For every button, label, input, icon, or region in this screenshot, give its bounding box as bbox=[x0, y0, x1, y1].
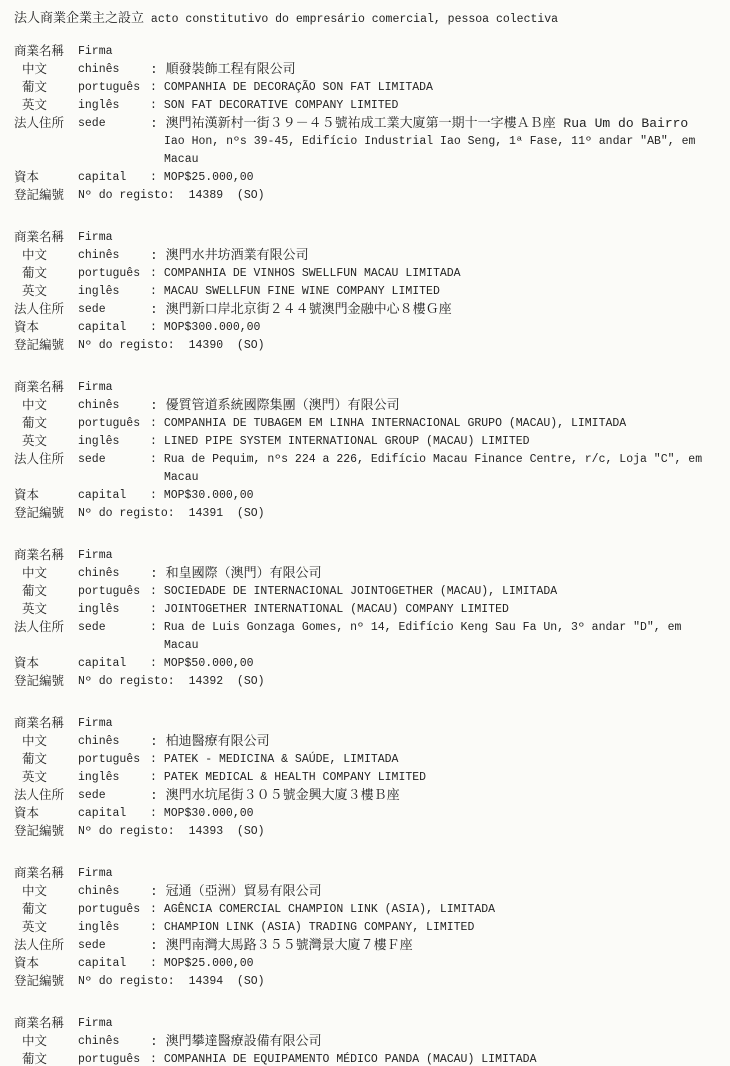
firma-header-row: 商業名稱 Firma bbox=[14, 1015, 728, 1033]
portuguese-label-zh: 葡文 bbox=[14, 79, 78, 97]
sede-address-value: Rua de Luis Gonzaga Gomes, nº 14, Edifíc… bbox=[150, 619, 728, 655]
sede-row: 法人住所 sede Rua de Pequim, nºs 224 a 226, … bbox=[14, 451, 728, 487]
registo-label-zh: 登記編號 bbox=[14, 337, 78, 355]
english-name-row: 英文 inglês CHAMPION LINK (ASIA) TRADING C… bbox=[14, 919, 728, 937]
firma-header-row: 商業名稱 Firma bbox=[14, 379, 728, 397]
chinese-label-pt: chinês bbox=[78, 565, 150, 583]
chinese-name-value: 優質管道系統國際集團（澳門）有限公司 bbox=[150, 397, 728, 415]
chinese-name-value: 冠通（亞洲）貿易有限公司 bbox=[150, 883, 728, 901]
firma-header-row: 商業名稱 Firma bbox=[14, 547, 728, 565]
portuguese-label-zh: 葡文 bbox=[14, 265, 78, 283]
portuguese-name-row: 葡文 português COMPANHIA DE TUBAGEM EM LIN… bbox=[14, 415, 728, 433]
capital-value: MOP$25.000,00 bbox=[150, 955, 728, 973]
sede-label-pt: sede bbox=[78, 301, 150, 319]
firma-label-zh: 商業名稱 bbox=[14, 1015, 78, 1033]
sede-address-value: 澳門祐漢新村一街３９－４５號祐成工業大廈第一期十一字樓ＡＢ座 Rua Um do… bbox=[150, 115, 728, 169]
capital-row: 資本 capital MOP$50.000,00 bbox=[14, 655, 728, 673]
registo-row: 登記編號 Nº do registo:14391 (SO) bbox=[14, 505, 728, 523]
company-entry-5: 商業名稱 Firma 中文 chinês 柏迪醫療有限公司 葡文 portugu… bbox=[14, 715, 728, 841]
capital-row: 資本 capital MOP$25.000,00 bbox=[14, 169, 728, 187]
chinese-name-row: 中文 chinês 柏迪醫療有限公司 bbox=[14, 733, 728, 751]
capital-value: MOP$300.000,00 bbox=[150, 319, 728, 337]
portuguese-name-row: 葡文 português SOCIEDADE DE INTERNACIONAL … bbox=[14, 583, 728, 601]
capital-row: 資本 capital MOP$30.000,00 bbox=[14, 805, 728, 823]
registo-label-pt: Nº do registo: bbox=[78, 825, 175, 838]
chinese-name-row: 中文 chinês 澳門水井坊酒業有限公司 bbox=[14, 247, 728, 265]
chinese-label-zh: 中文 bbox=[14, 565, 78, 583]
capital-label-pt: capital bbox=[78, 955, 150, 973]
sede-label-pt: sede bbox=[78, 619, 150, 637]
chinese-label-pt: chinês bbox=[78, 61, 150, 79]
registo-label-zh: 登記編號 bbox=[14, 973, 78, 991]
firma-label-pt: Firma bbox=[78, 865, 150, 883]
portuguese-name-row: 葡文 português COMPANHIA DE VINHOS SWELLFU… bbox=[14, 265, 728, 283]
firma-label-zh: 商業名稱 bbox=[14, 229, 78, 247]
portuguese-label-pt: português bbox=[78, 751, 150, 769]
portuguese-label-pt: português bbox=[78, 79, 150, 97]
chinese-label-pt: chinês bbox=[78, 883, 150, 901]
capital-row: 資本 capital MOP$30.000,00 bbox=[14, 487, 728, 505]
registo-number: 14393 (SO) bbox=[189, 825, 265, 838]
capital-label-zh: 資本 bbox=[14, 319, 78, 337]
firma-label-pt: Firma bbox=[78, 379, 150, 397]
sede-label-pt: sede bbox=[78, 451, 150, 469]
english-label-zh: 英文 bbox=[14, 769, 78, 787]
sede-row: 法人住所 sede 澳門祐漢新村一街３９－４５號祐成工業大廈第一期十一字樓ＡＢ座… bbox=[14, 115, 728, 169]
capital-value: MOP$30.000,00 bbox=[150, 487, 728, 505]
firma-label-zh: 商業名稱 bbox=[14, 715, 78, 733]
capital-label-pt: capital bbox=[78, 319, 150, 337]
firma-label-pt: Firma bbox=[78, 715, 150, 733]
portuguese-label-zh: 葡文 bbox=[14, 751, 78, 769]
registo-row: 登記編號 Nº do registo:14393 (SO) bbox=[14, 823, 728, 841]
portuguese-name-row: 葡文 português COMPANHIA DE DECORAÇÃO SON … bbox=[14, 79, 728, 97]
company-entry-2: 商業名稱 Firma 中文 chinês 澳門水井坊酒業有限公司 葡文 port… bbox=[14, 229, 728, 355]
chinese-name-value: 和皇國際（澳門）有限公司 bbox=[150, 565, 728, 583]
english-name-value: SON FAT DECORATIVE COMPANY LIMITED bbox=[150, 97, 728, 115]
portuguese-name-value: COMPANHIA DE VINHOS SWELLFUN MACAU LIMIT… bbox=[150, 265, 728, 283]
chinese-name-value: 柏迪醫療有限公司 bbox=[150, 733, 728, 751]
registo-number: 14394 (SO) bbox=[189, 975, 265, 988]
registo-rest: Nº do registo:14391 (SO) bbox=[78, 505, 728, 523]
registo-row: 登記編號 Nº do registo:14392 (SO) bbox=[14, 673, 728, 691]
registo-rest: Nº do registo:14389 (SO) bbox=[78, 187, 728, 205]
english-name-row: 英文 inglês MACAU SWELLFUN FINE WINE COMPA… bbox=[14, 283, 728, 301]
chinese-label-pt: chinês bbox=[78, 397, 150, 415]
chinese-label-pt: chinês bbox=[78, 733, 150, 751]
chinese-name-row: 中文 chinês 澳門攀達醫療設備有限公司 bbox=[14, 1033, 728, 1051]
chinese-label-zh: 中文 bbox=[14, 883, 78, 901]
portuguese-name-value: COMPANHIA DE DECORAÇÃO SON FAT LIMITADA bbox=[150, 79, 728, 97]
sede-label-pt: sede bbox=[78, 115, 150, 133]
chinese-label-pt: chinês bbox=[78, 247, 150, 265]
capital-label-pt: capital bbox=[78, 487, 150, 505]
portuguese-label-zh: 葡文 bbox=[14, 583, 78, 601]
chinese-label-zh: 中文 bbox=[14, 247, 78, 265]
sede-address-value: 澳門新口岸北京街２４４號澳門金融中心８樓Ｇ座 bbox=[150, 301, 728, 319]
registo-label-zh: 登記編號 bbox=[14, 823, 78, 841]
registo-row: 登記編號 Nº do registo:14390 (SO) bbox=[14, 337, 728, 355]
registo-label-pt: Nº do registo: bbox=[78, 675, 175, 688]
firma-header-row: 商業名稱 Firma bbox=[14, 715, 728, 733]
portuguese-label-pt: português bbox=[78, 1051, 150, 1066]
firma-label-pt: Firma bbox=[78, 1015, 150, 1033]
english-name-value: JOINTOGETHER INTERNATIONAL (MACAU) COMPA… bbox=[150, 601, 728, 619]
sede-row: 法人住所 sede 澳門水坑尾街３０５號金興大廈３樓Ｂ座 bbox=[14, 787, 728, 805]
english-label-zh: 英文 bbox=[14, 433, 78, 451]
english-label-pt: inglês bbox=[78, 919, 150, 937]
registo-label-pt: Nº do registo: bbox=[78, 507, 175, 520]
sede-row: 法人住所 sede 澳門南灣大馬路３５５號灣景大廈７樓Ｆ座 bbox=[14, 937, 728, 955]
firma-label-pt: Firma bbox=[78, 43, 150, 61]
portuguese-name-value: AGÊNCIA COMERCIAL CHAMPION LINK (ASIA), … bbox=[150, 901, 728, 919]
portuguese-label-zh: 葡文 bbox=[14, 1051, 78, 1066]
portuguese-label-zh: 葡文 bbox=[14, 901, 78, 919]
sede-address-value: Rua de Pequim, nºs 224 a 226, Edifício M… bbox=[150, 451, 728, 487]
capital-label-pt: capital bbox=[78, 805, 150, 823]
registo-label-pt: Nº do registo: bbox=[78, 189, 175, 202]
english-label-zh: 英文 bbox=[14, 601, 78, 619]
registo-row: 登記編號 Nº do registo:14389 (SO) bbox=[14, 187, 728, 205]
portuguese-name-row: 葡文 português AGÊNCIA COMERCIAL CHAMPION … bbox=[14, 901, 728, 919]
chinese-label-zh: 中文 bbox=[14, 1033, 78, 1051]
portuguese-label-zh: 葡文 bbox=[14, 415, 78, 433]
firma-header-row: 商業名稱 Firma bbox=[14, 43, 728, 61]
page-title-zh: 法人商業企業主之設立 bbox=[14, 11, 144, 26]
portuguese-label-pt: português bbox=[78, 901, 150, 919]
gazette-page: 法人商業企業主之設立 acto constitutivo do empresár… bbox=[0, 0, 730, 1066]
capital-label-zh: 資本 bbox=[14, 655, 78, 673]
company-entry-1: 商業名稱 Firma 中文 chinês 順發裝飾工程有限公司 葡文 portu… bbox=[14, 43, 728, 205]
portuguese-name-value: COMPANHIA DE TUBAGEM EM LINHA INTERNACIO… bbox=[150, 415, 728, 433]
english-name-value: LINED PIPE SYSTEM INTERNATIONAL GROUP (M… bbox=[150, 433, 728, 451]
page-title-pt: acto constitutivo do empresário comercia… bbox=[151, 13, 558, 26]
portuguese-label-pt: português bbox=[78, 415, 150, 433]
capital-row: 資本 capital MOP$25.000,00 bbox=[14, 955, 728, 973]
english-label-pt: inglês bbox=[78, 601, 150, 619]
portuguese-label-pt: português bbox=[78, 583, 150, 601]
capital-value: MOP$30.000,00 bbox=[150, 805, 728, 823]
english-label-zh: 英文 bbox=[14, 919, 78, 937]
portuguese-name-value: COMPANHIA DE EQUIPAMENTO MÉDICO PANDA (M… bbox=[150, 1051, 728, 1066]
title-separator bbox=[144, 13, 151, 26]
english-label-pt: inglês bbox=[78, 769, 150, 787]
chinese-name-value: 澳門水井坊酒業有限公司 bbox=[150, 247, 728, 265]
capital-label-zh: 資本 bbox=[14, 169, 78, 187]
capital-row: 資本 capital MOP$300.000,00 bbox=[14, 319, 728, 337]
capital-value: MOP$25.000,00 bbox=[150, 169, 728, 187]
chinese-name-row: 中文 chinês 和皇國際（澳門）有限公司 bbox=[14, 565, 728, 583]
sede-address-value: 澳門水坑尾街３０５號金興大廈３樓Ｂ座 bbox=[150, 787, 728, 805]
chinese-name-row: 中文 chinês 冠通（亞洲）貿易有限公司 bbox=[14, 883, 728, 901]
english-label-pt: inglês bbox=[78, 97, 150, 115]
registo-label-pt: Nº do registo: bbox=[78, 339, 175, 352]
chinese-name-value: 順發裝飾工程有限公司 bbox=[150, 61, 728, 79]
english-name-value: CHAMPION LINK (ASIA) TRADING COMPANY, LI… bbox=[150, 919, 728, 937]
english-name-row: 英文 inglês SON FAT DECORATIVE COMPANY LIM… bbox=[14, 97, 728, 115]
registo-number: 14391 (SO) bbox=[189, 507, 265, 520]
portuguese-name-row: 葡文 português COMPANHIA DE EQUIPAMENTO MÉ… bbox=[14, 1051, 728, 1066]
firma-label-zh: 商業名稱 bbox=[14, 547, 78, 565]
registo-number: 14389 (SO) bbox=[189, 189, 265, 202]
sede-label-pt: sede bbox=[78, 937, 150, 955]
capital-label-pt: capital bbox=[78, 655, 150, 673]
sede-label-zh: 法人住所 bbox=[14, 115, 78, 133]
sede-address-value: 澳門南灣大馬路３５５號灣景大廈７樓Ｆ座 bbox=[150, 937, 728, 955]
chinese-name-value: 澳門攀達醫療設備有限公司 bbox=[150, 1033, 728, 1051]
chinese-label-zh: 中文 bbox=[14, 61, 78, 79]
chinese-label-zh: 中文 bbox=[14, 397, 78, 415]
english-label-zh: 英文 bbox=[14, 283, 78, 301]
portuguese-name-value: PATEK - MEDICINA & SAÚDE, LIMITADA bbox=[150, 751, 728, 769]
chinese-name-row: 中文 chinês 優質管道系統國際集團（澳門）有限公司 bbox=[14, 397, 728, 415]
english-label-zh: 英文 bbox=[14, 97, 78, 115]
capital-label-zh: 資本 bbox=[14, 805, 78, 823]
firma-header-row: 商業名稱 Firma bbox=[14, 229, 728, 247]
registo-number: 14390 (SO) bbox=[189, 339, 265, 352]
english-name-value: MACAU SWELLFUN FINE WINE COMPANY LIMITED bbox=[150, 283, 728, 301]
registo-label-zh: 登記編號 bbox=[14, 673, 78, 691]
capital-label-zh: 資本 bbox=[14, 487, 78, 505]
registo-rest: Nº do registo:14392 (SO) bbox=[78, 673, 728, 691]
chinese-label-zh: 中文 bbox=[14, 733, 78, 751]
registo-row: 登記編號 Nº do registo:14394 (SO) bbox=[14, 973, 728, 991]
firma-label-pt: Firma bbox=[78, 547, 150, 565]
portuguese-name-value: SOCIEDADE DE INTERNACIONAL JOINTOGETHER … bbox=[150, 583, 728, 601]
chinese-name-row: 中文 chinês 順發裝飾工程有限公司 bbox=[14, 61, 728, 79]
capital-value: MOP$50.000,00 bbox=[150, 655, 728, 673]
registo-rest: Nº do registo:14394 (SO) bbox=[78, 973, 728, 991]
company-entry-3: 商業名稱 Firma 中文 chinês 優質管道系統國際集團（澳門）有限公司 … bbox=[14, 379, 728, 523]
firma-header-row: 商業名稱 Firma bbox=[14, 865, 728, 883]
sede-label-zh: 法人住所 bbox=[14, 787, 78, 805]
english-name-row: 英文 inglês PATEK MEDICAL & HEALTH COMPANY… bbox=[14, 769, 728, 787]
sede-label-pt: sede bbox=[78, 787, 150, 805]
page-title: 法人商業企業主之設立 acto constitutivo do empresár… bbox=[14, 10, 728, 29]
registo-number: 14392 (SO) bbox=[189, 675, 265, 688]
sede-label-zh: 法人住所 bbox=[14, 301, 78, 319]
sede-label-zh: 法人住所 bbox=[14, 451, 78, 469]
firma-label-zh: 商業名稱 bbox=[14, 379, 78, 397]
capital-label-pt: capital bbox=[78, 169, 150, 187]
company-entry-7: 商業名稱 Firma 中文 chinês 澳門攀達醫療設備有限公司 葡文 por… bbox=[14, 1015, 728, 1066]
sede-row: 法人住所 sede 澳門新口岸北京街２４４號澳門金融中心８樓Ｇ座 bbox=[14, 301, 728, 319]
company-entry-6: 商業名稱 Firma 中文 chinês 冠通（亞洲）貿易有限公司 葡文 por… bbox=[14, 865, 728, 991]
firma-label-zh: 商業名稱 bbox=[14, 43, 78, 61]
sede-row: 法人住所 sede Rua de Luis Gonzaga Gomes, nº … bbox=[14, 619, 728, 655]
capital-label-zh: 資本 bbox=[14, 955, 78, 973]
sede-label-zh: 法人住所 bbox=[14, 937, 78, 955]
english-label-pt: inglês bbox=[78, 433, 150, 451]
firma-label-zh: 商業名稱 bbox=[14, 865, 78, 883]
registo-rest: Nº do registo:14393 (SO) bbox=[78, 823, 728, 841]
english-name-row: 英文 inglês JOINTOGETHER INTERNATIONAL (MA… bbox=[14, 601, 728, 619]
english-name-value: PATEK MEDICAL & HEALTH COMPANY LIMITED bbox=[150, 769, 728, 787]
chinese-label-pt: chinês bbox=[78, 1033, 150, 1051]
portuguese-label-pt: português bbox=[78, 265, 150, 283]
registo-label-zh: 登記編號 bbox=[14, 505, 78, 523]
registo-label-zh: 登記編號 bbox=[14, 187, 78, 205]
company-entry-4: 商業名稱 Firma 中文 chinês 和皇國際（澳門）有限公司 葡文 por… bbox=[14, 547, 728, 691]
registo-label-pt: Nº do registo: bbox=[78, 975, 175, 988]
firma-label-pt: Firma bbox=[78, 229, 150, 247]
english-name-row: 英文 inglês LINED PIPE SYSTEM INTERNATIONA… bbox=[14, 433, 728, 451]
english-label-pt: inglês bbox=[78, 283, 150, 301]
registo-rest: Nº do registo:14390 (SO) bbox=[78, 337, 728, 355]
portuguese-name-row: 葡文 português PATEK - MEDICINA & SAÚDE, L… bbox=[14, 751, 728, 769]
sede-label-zh: 法人住所 bbox=[14, 619, 78, 637]
